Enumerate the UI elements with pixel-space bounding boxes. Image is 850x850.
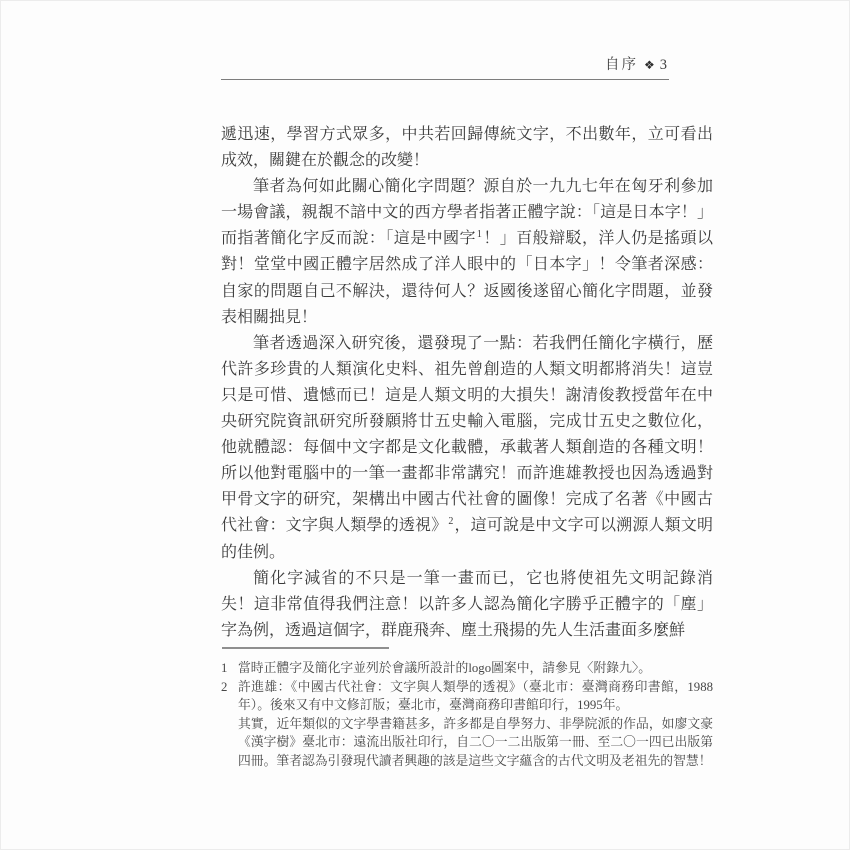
- page-number: 3: [660, 57, 669, 73]
- footnote-separator: [222, 647, 389, 649]
- footnote-paragraph: 許進雄：《中國古代社會：文字與人類學的透視》（臺北市：臺灣商務印書館，1988年…: [238, 678, 713, 715]
- footnote: 2許進雄：《中國古代社會：文字與人類學的透視》（臺北市：臺灣商務印書館，1988…: [221, 678, 713, 771]
- paragraph: 遞迅速，學習方式眾多，中共若回歸傳統文字，不出數年，立可看出成效，關鍵在於觀念的…: [221, 122, 713, 174]
- footnote-number: 2: [221, 678, 238, 771]
- paragraph: 筆者透過深入研究後，還發現了一點：若我們任簡化字橫行，歷代許多珍貴的人類演化史料…: [221, 331, 713, 566]
- footnotes: 1當時正體字及簡化字並列於會議所設計的logo圖案中，請參見〈附錄九〉。2許進雄…: [221, 659, 713, 771]
- footnote-number: 1: [221, 659, 238, 678]
- paragraph: 筆者為何如此關心簡化字問題？源自於一九九七年在匈牙利參加一場會議，親覩不諳中文的…: [221, 174, 713, 331]
- footnote-text: 許進雄：《中國古代社會：文字與人類學的透視》（臺北市：臺灣商務印書館，1988年…: [238, 678, 713, 771]
- footnote-ref: 1: [477, 229, 482, 240]
- footnote-ref: 2: [448, 516, 453, 527]
- book-page: 自序❖3 遞迅速，學習方式眾多，中共若回歸傳統文字，不出數年，立可看出成效，關鍵…: [0, 0, 850, 850]
- page-header: 自序❖3: [221, 53, 669, 80]
- footnote-text: 當時正體字及簡化字並列於會議所設計的logo圖案中，請參見〈附錄九〉。: [238, 659, 713, 678]
- body-text: 遞迅速，學習方式眾多，中共若回歸傳統文字，不出數年，立可看出成效，關鍵在於觀念的…: [221, 122, 713, 644]
- section-title: 自序: [605, 57, 638, 73]
- footnote-paragraph: 其實，近年類似的文字學書籍甚多，許多都是自學努力、非學院派的作品，如廖文豪《漢字…: [238, 715, 713, 771]
- ornament-icon: ❖: [644, 58, 657, 72]
- footnote-paragraph: 當時正體字及簡化字並列於會議所設計的logo圖案中，請參見〈附錄九〉。: [238, 659, 713, 678]
- footnote: 1當時正體字及簡化字並列於會議所設計的logo圖案中，請參見〈附錄九〉。: [221, 659, 713, 678]
- paragraph: 簡化字減省的不只是一筆一畫而已，它也將使祖先文明記錄消失！這非常值得我們注意！以…: [221, 566, 713, 644]
